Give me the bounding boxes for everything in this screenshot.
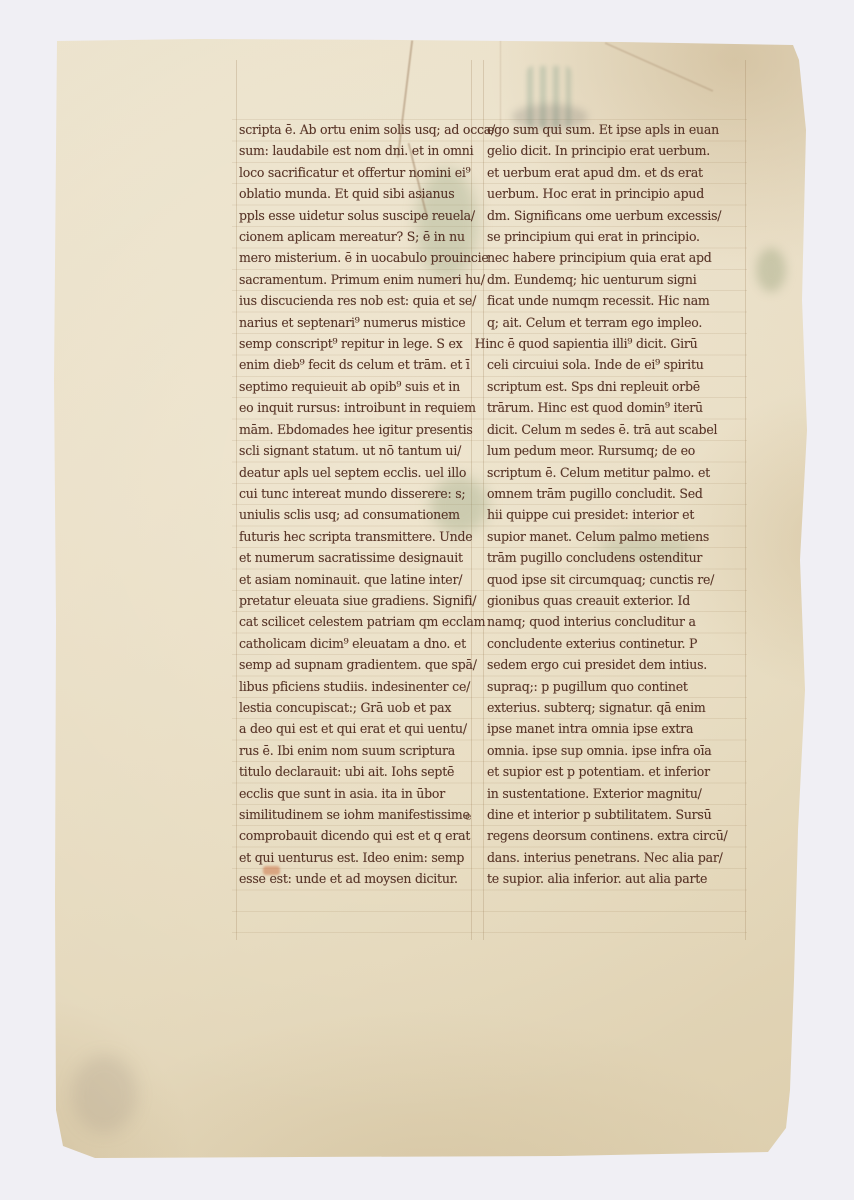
text-line: ius discucienda res nob est: quia et se∕ [239,291,473,312]
text-line: se principium qui erat in principio. [487,227,742,248]
text-line: scripta ē. Ab ortu enim solis usq; ad oc… [239,120,473,141]
crease-line [500,36,501,132]
text-line: namq; quod interius concluditur a [487,612,742,633]
text-line: regens deorsum continens. extra circū∕ [487,826,742,847]
crease-line [605,42,714,92]
text-line: in sustentatione. Exterior magnitu∕ [487,784,742,805]
green-stain-edge [756,248,786,292]
text-line: trām pugillo concludens ostenditur [487,548,742,569]
text-line: et numerum sacratissime designauit [239,548,473,569]
text-line: cat scilicet celestem patriam qm ecclam [239,612,473,633]
ruling-line-vertical [745,60,746,940]
text-line: a deo qui est et qui erat et qui uentu∕ [239,719,473,740]
text-line: semp ad supnam gradientem. que spā∕ [239,655,473,676]
text-line: dine et interior p subtilitatem. Sursū [487,805,742,826]
text-line: hii quippe cui presidet: interior et [487,505,742,526]
text-line: et asiam nominauit. que latine inter∕ [239,570,473,591]
text-line: semp conscript⁹ repitur in lege. S ex [239,334,473,355]
text-line: cui tunc intereat mundo disserere: s; [239,484,473,505]
text-line: quod ipse sit circumquaq; cunctis re∕ [487,570,742,591]
text-line: trārum. Hinc est quod domin⁹ iterū [487,398,742,419]
text-line: narius et septenari⁹ numerus mistice [239,313,473,334]
text-line: septimo requieuit ab opib⁹ suis et in [239,377,473,398]
text-line: exterius. subterq; signatur. qā enim [487,698,742,719]
text-line: celi circuiui sola. Inde de ei⁹ spiritu [487,355,742,376]
ruling-line-vertical [483,60,484,940]
text-line: dicit. Celum m sedes ē. trā aut scabel [487,420,742,441]
text-line: rus ē. Ibi enim nom suum scriptura [239,741,473,762]
text-column-right: ego sum qui sum. Et ipse apls in euangel… [487,120,742,891]
text-line: et supior est p potentiam. et inferior [487,762,742,783]
text-line: pretatur eleuata siue gradiens. Signifi∕ [239,591,473,612]
text-line: libus pficiens studiis. indesinenter ce∕ [239,677,473,698]
text-line: supraq;: p pugillum quo continet [487,677,742,698]
text-line: dm. Eundemq; hic uenturum signi [487,270,742,291]
photo-backdrop: scripta ē. Ab ortu enim solis usq; ad oc… [0,0,854,1200]
text-line: cionem aplicam mereatur? S; ē in nu [239,227,473,248]
text-line: lum pedum meor. Rursumq; de eo [487,441,742,462]
text-line: lestia concupiscat:; Grā uob et pax [239,698,473,719]
text-line: esse est: unde et ad moysen dicitur. [239,869,473,890]
text-line: gelio dicit. In principio erat uerbum. [487,141,742,162]
text-line: te supior. alia inferior. aut alia parte [487,869,742,890]
marginal-gloss: e [465,810,472,823]
text-line: deatur apls uel septem ecclis. uel illo [239,463,473,484]
text-line: comprobauit dicendo qui est et q erat [239,826,473,847]
text-line: et qui uenturus est. Ideo enim: semp [239,848,473,869]
text-line: oblatio munda. Et quid sibi asianus [239,184,473,205]
text-column-left: scripta ē. Ab ortu enim solis usq; ad oc… [239,120,473,891]
text-line: scriptum ē. Celum metitur palmo. et [487,463,742,484]
text-line: omnia. ipse sup omnia. ipse infra oīa [487,741,742,762]
text-line: ppls esse uidetur solus suscipe reuela∕ [239,206,473,227]
text-line: mām. Ebdomades hee igitur presentis [239,420,473,441]
text-line: catholicam dicim⁹ eleuatam a dno. et [239,634,473,655]
text-line: dm. Significans ome uerbum excessis∕ [487,206,742,227]
text-line: mero misterium. ē in uocabulo prouincie [239,248,473,269]
text-line: titulo declarauit: ubi ait. Iohs septē [239,762,473,783]
text-line: supior manet. Celum palmo metiens [487,527,742,548]
text-line: Hinc ē quod sapientia illi⁹ dicit. Girū [487,334,742,355]
text-line: nec habere principium quia erat apd [487,248,742,269]
text-line: sedem ergo cui presidet dem intius. [487,655,742,676]
text-line: similitudinem se iohm manifestissime [239,805,473,826]
text-line: sacramentum. Primum enim numeri hu∕ [239,270,473,291]
text-line: eo inquit rursus: introibunt in requiem [239,398,473,419]
text-line: scli signant statum. ut nō tantum ui∕ [239,441,473,462]
text-line: uniulis sclis usq; ad consumationem [239,505,473,526]
text-line: scriptum est. Sps dni repleuit orbē [487,377,742,398]
text-line: ipse manet intra omnia ipse extra [487,719,742,740]
text-line: ego sum qui sum. Et ipse apls in euan [487,120,742,141]
text-line: omnem trām pugillo concludit. Sed [487,484,742,505]
text-line: futuris hec scripta transmittere. Unde [239,527,473,548]
text-line: uerbum. Hoc erat in principio apud [487,184,742,205]
text-line: loco sacrificatur et offertur nomini ei⁹ [239,163,473,184]
text-line: sum: laudabile est nom dni. et in omni [239,141,473,162]
text-line: et uerbum erat apud dm. et ds erat [487,163,742,184]
text-line: ficat unde numqm recessit. Hic nam [487,291,742,312]
gray-blotch [72,1055,137,1133]
text-line: dans. interius penetrans. Nec alia par∕ [487,848,742,869]
ruling-line-vertical [236,60,237,940]
text-line: enim dieb⁹ fecit ds celum et trām. et ī [239,355,473,376]
text-line: ecclis que sunt in asia. ita in ūbor [239,784,473,805]
text-line: q; ait. Celum et terram ego impleo. [487,313,742,334]
manuscript-leaf: scripta ē. Ab ortu enim solis usq; ad oc… [0,0,854,1200]
text-line: gionibus quas creauit exterior. Id [487,591,742,612]
text-line: concludente exterius continetur. P [487,634,742,655]
